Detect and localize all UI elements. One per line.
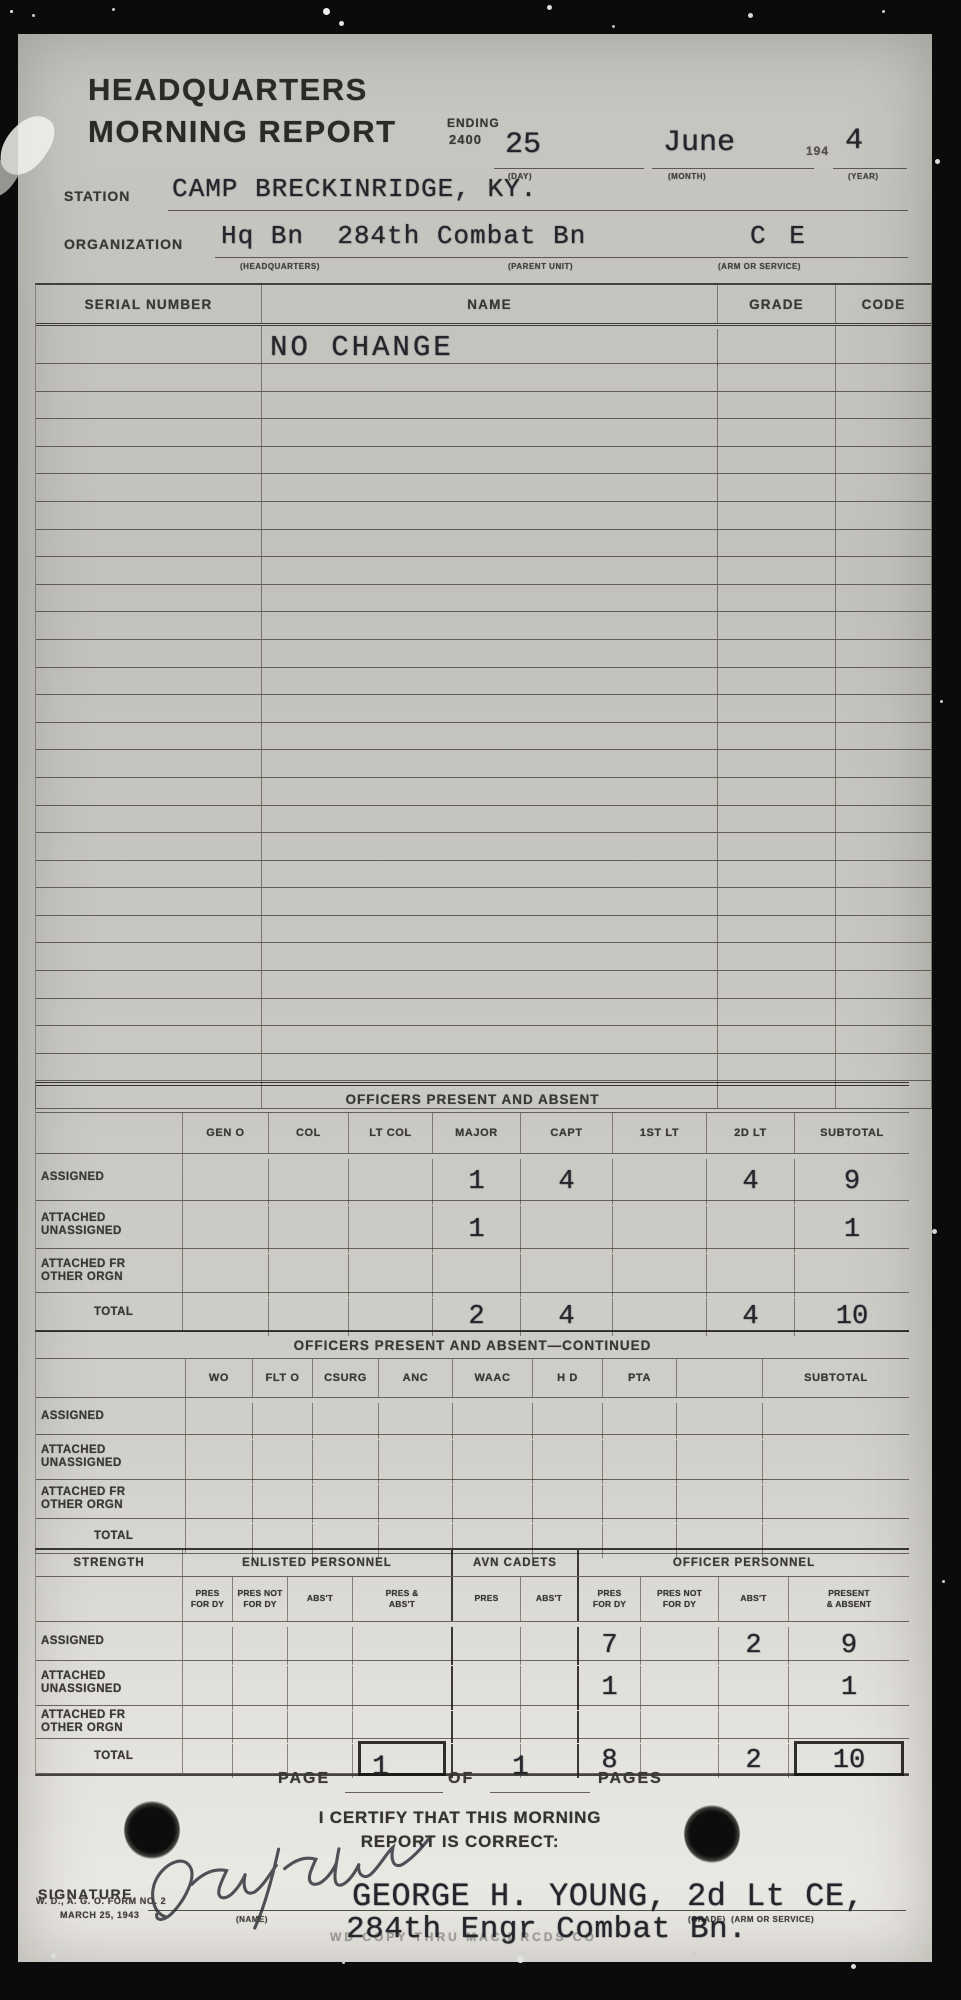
column-header-blank (36, 1359, 186, 1397)
table-row: ATTACHED UNASSIGNED (36, 1435, 909, 1480)
day-value: 25 (505, 128, 541, 162)
roster-empty-cell (262, 502, 718, 529)
year-prefix: 194 (806, 144, 829, 158)
table-value (233, 1666, 288, 1710)
table-row: TOTAL8210 (36, 1739, 909, 1774)
strength-group-row: STRENGTH ENLISTED PERSONNEL AVN CADETS O… (36, 1550, 909, 1577)
roster-empty-cell (262, 640, 718, 667)
roster-empty-cell (718, 861, 836, 888)
column-header: FLT O (253, 1359, 313, 1397)
roster-empty-cell (836, 861, 931, 888)
table-row (36, 778, 931, 806)
table-row (36, 640, 931, 668)
name-sub-label: (NAME) (236, 1915, 268, 1924)
roster-empty-cell (36, 888, 262, 915)
roster-empty-cell (836, 392, 931, 419)
table-row: WOFLT OCSURGANCWAACH DPTASUBTOTAL (36, 1359, 909, 1398)
pages-underline (490, 1792, 590, 1793)
roster-empty-cell (262, 778, 718, 805)
column-header: PRES (453, 1577, 521, 1621)
table-value (269, 1206, 349, 1253)
roster-empty-cell (718, 502, 836, 529)
table-value (379, 1403, 453, 1439)
roster-empty-cell (36, 750, 262, 777)
roster-empty-cell (36, 695, 262, 722)
officers-continued-table: OFFICERS PRESENT AND ABSENT—CONTINUED WO… (35, 1330, 909, 1554)
column-header: ANC (379, 1359, 453, 1397)
table-value (707, 1206, 795, 1253)
table-value (353, 1666, 453, 1710)
table-value (313, 1440, 379, 1484)
table-value (349, 1159, 433, 1205)
table-row (36, 723, 931, 751)
column-header: SUBTOTAL (795, 1113, 909, 1153)
roster-empty-cell (836, 971, 931, 998)
scan-speckles (10, 10, 13, 13)
table-value: 10 (789, 1744, 909, 1778)
roster-empty-cell (262, 861, 718, 888)
roster-entry-row: NO CHANGE (36, 326, 931, 364)
roster-empty-cell (36, 778, 262, 805)
table-value (269, 1254, 349, 1297)
roster-empty-cell (836, 1026, 931, 1053)
table-value (453, 1666, 521, 1710)
roster-header-name: NAME (262, 285, 718, 323)
strength-table-body: PRES FOR DYPRES NOT FOR DYABS'TPRES & AB… (36, 1577, 909, 1774)
table-value (349, 1254, 433, 1297)
table-value (379, 1485, 453, 1523)
form-title-line2: MORNING REPORT (88, 114, 397, 150)
roster-empty-cell (262, 364, 718, 391)
table-value (521, 1744, 579, 1778)
table-row (36, 833, 931, 861)
ending-label: ENDING (447, 116, 500, 130)
roster-empty-cell (718, 888, 836, 915)
table-value (183, 1666, 233, 1710)
roster-empty-rows (36, 364, 931, 1109)
roster-empty-cell (262, 585, 718, 612)
roster-empty-cell (36, 419, 262, 446)
table-value: 4 (707, 1159, 795, 1205)
column-header: PRES NOT FOR DY (233, 1577, 288, 1621)
roster-empty-cell (36, 474, 262, 501)
form-date: MARCH 25, 1943 (60, 1910, 139, 1920)
table-row (36, 502, 931, 530)
table-value (186, 1403, 253, 1439)
table-value: 1 (433, 1206, 521, 1253)
pages-value: 1 (512, 1752, 529, 1783)
table-value (288, 1711, 353, 1743)
table-value (453, 1440, 533, 1484)
roster-empty-cell (262, 1026, 718, 1053)
table-value (613, 1206, 707, 1253)
table-row (36, 916, 931, 944)
strength-table: STRENGTH ENLISTED PERSONNEL AVN CADETS O… (35, 1548, 909, 1776)
column-header (677, 1359, 763, 1397)
typed-signer-unit: 284th Engr Combat Bn. (346, 1912, 747, 1947)
table-row (36, 557, 931, 585)
roster-empty-cell (718, 1054, 836, 1081)
table-value (579, 1711, 641, 1743)
page-underline (345, 1792, 443, 1793)
table-value: 1 (795, 1206, 909, 1253)
table-value (521, 1711, 579, 1743)
roster-empty-cell (262, 750, 718, 777)
officers-table-body: GEN OCOLLT COLMAJORCAPT1ST LT2D LTSUBTOT… (36, 1113, 909, 1332)
roster-empty-cell (262, 916, 718, 943)
punch-hole-right (684, 1805, 740, 1863)
roster-empty-cell (262, 1054, 718, 1081)
month-value: June (663, 126, 735, 160)
roster-empty-cell (36, 364, 262, 391)
roster-empty-cell (718, 750, 836, 777)
table-value (183, 1627, 233, 1665)
column-header: H D (533, 1359, 603, 1397)
table-row (36, 695, 931, 723)
table-value: 4 (521, 1159, 613, 1205)
roster-empty-cell (262, 668, 718, 695)
column-header: PRES NOT FOR DY (641, 1577, 719, 1621)
group-enlisted-personnel: ENLISTED PERSONNEL (183, 1550, 453, 1576)
roster-empty-cell (36, 999, 262, 1026)
roster-empty-cell (836, 419, 931, 446)
table-value (533, 1440, 603, 1484)
table-row: ASSIGNED1449 (36, 1154, 909, 1201)
table-row (36, 447, 931, 475)
table-row: PRES FOR DYPRES NOT FOR DYABS'TPRES & AB… (36, 1577, 909, 1622)
column-header: WAAC (453, 1359, 533, 1397)
table-value: 9 (795, 1159, 909, 1205)
month-sub-label: (MONTH) (668, 172, 706, 181)
column-header: PRES FOR DY (183, 1577, 233, 1621)
roster-empty-cell (718, 364, 836, 391)
roster-empty-cell (836, 612, 931, 639)
row-label: ATTACHED FR OTHER ORGN (36, 1706, 183, 1738)
form-title-line1: HEADQUARTERS (88, 72, 368, 108)
form-number: W. D., A. G. O. FORM NO. 2 (36, 1896, 166, 1906)
table-row (36, 612, 931, 640)
table-value (313, 1485, 379, 1523)
page-label: PAGE (278, 1770, 330, 1788)
table-value (677, 1403, 763, 1439)
table-value (233, 1627, 288, 1665)
roster-empty-cell (36, 916, 262, 943)
roster-empty-cell (718, 833, 836, 860)
roster-empty-cell (262, 999, 718, 1026)
table-row (36, 888, 931, 916)
roster-empty-cell (836, 474, 931, 501)
month-underline (652, 168, 814, 169)
table-row (36, 806, 931, 834)
row-label: ATTACHED FR OTHER ORGN (36, 1249, 183, 1292)
scanned-morning-report: HEADQUARTERS MORNING REPORT ENDING 2400 … (0, 0, 961, 2000)
table-row (36, 530, 931, 558)
roster-empty-cell (36, 971, 262, 998)
roster-empty-cell (836, 723, 931, 750)
roster-empty-cell (36, 612, 262, 639)
officers-table-title: OFFICERS PRESENT AND ABSENT (36, 1086, 909, 1113)
roster-empty-cell (836, 806, 931, 833)
table-value (453, 1627, 521, 1665)
table-value (353, 1744, 453, 1778)
table-value (353, 1627, 453, 1665)
roster-entry-serial (36, 326, 262, 363)
table-value: 1 (433, 1159, 521, 1205)
roster-empty-cell (718, 806, 836, 833)
column-header: COL (269, 1113, 349, 1153)
table-value: 9 (789, 1627, 909, 1665)
year-sub-label: (YEAR) (848, 172, 879, 181)
organization-label: ORGANIZATION (64, 236, 183, 252)
table-value (288, 1627, 353, 1665)
row-label: ASSIGNED (36, 1154, 183, 1200)
roster-empty-cell (262, 447, 718, 474)
column-header: 2D LT (707, 1113, 795, 1153)
roster-empty-cell (718, 530, 836, 557)
table-row (36, 585, 931, 613)
roster-empty-cell (718, 392, 836, 419)
table-value (677, 1440, 763, 1484)
table-value (613, 1254, 707, 1297)
organization-underline (215, 257, 908, 258)
table-value (521, 1254, 613, 1297)
roster-empty-cell (836, 833, 931, 860)
table-value (521, 1206, 613, 1253)
table-value (253, 1440, 313, 1484)
roster-empty-cell (836, 778, 931, 805)
roster-empty-cell (262, 695, 718, 722)
roster-empty-cell (718, 585, 836, 612)
table-value (453, 1711, 521, 1743)
roster-empty-cell (36, 392, 262, 419)
table-value (677, 1485, 763, 1523)
table-row: ATTACHED UNASSIGNED11 (36, 1661, 909, 1706)
table-value (313, 1403, 379, 1439)
table-value (183, 1206, 269, 1253)
roster-entry-text: NO CHANGE (262, 329, 718, 366)
roster-empty-cell (718, 419, 836, 446)
roster-empty-cell (262, 557, 718, 584)
roster-empty-cell (718, 668, 836, 695)
roster-header-grade: GRADE (718, 285, 836, 323)
roster-empty-cell (36, 640, 262, 667)
roster-header-serial: SERIAL NUMBER (36, 285, 262, 323)
row-label: TOTAL (36, 1293, 183, 1331)
table-value: 2 (719, 1627, 789, 1665)
table-value (349, 1206, 433, 1253)
year-underline (833, 168, 907, 169)
roster-empty-cell (262, 943, 718, 970)
table-row (36, 943, 931, 971)
table-value (641, 1666, 719, 1710)
table-value (183, 1254, 269, 1297)
table-value (641, 1627, 719, 1665)
roster-empty-cell (262, 474, 718, 501)
roster-empty-cell (836, 364, 931, 391)
table-value (433, 1254, 521, 1297)
table-row: ASSIGNED (36, 1398, 909, 1435)
table-value (707, 1254, 795, 1297)
column-header: SUBTOTAL (763, 1359, 909, 1397)
table-value (183, 1711, 233, 1743)
table-value (253, 1485, 313, 1523)
roster-empty-cell (36, 585, 262, 612)
column-header: PRES & ABS'T (353, 1577, 453, 1621)
table-value: 2 (719, 1744, 789, 1778)
officers-continued-title: OFFICERS PRESENT AND ABSENT—CONTINUED (36, 1332, 909, 1359)
table-row (36, 861, 931, 889)
table-value (533, 1485, 603, 1523)
row-label: ATTACHED FR OTHER ORGN (36, 1480, 186, 1518)
column-header: LT COL (349, 1113, 433, 1153)
roster-empty-cell (718, 447, 836, 474)
of-label: OF (448, 1770, 474, 1788)
roster-table: SERIAL NUMBER NAME GRADE CODE NO CHANGE (35, 283, 932, 1109)
officers-table: OFFICERS PRESENT AND ABSENT GEN OCOLLT C… (35, 1082, 909, 1332)
column-header-blank (36, 1577, 183, 1621)
roster-empty-cell (36, 502, 262, 529)
table-value (453, 1485, 533, 1523)
column-header: CAPT (521, 1113, 613, 1153)
roster-empty-cell (262, 971, 718, 998)
table-row (36, 999, 931, 1027)
table-value (795, 1254, 909, 1297)
table-value (719, 1711, 789, 1743)
roster-empty-cell (262, 888, 718, 915)
table-value: 1 (579, 1666, 641, 1710)
roster-empty-cell (718, 943, 836, 970)
station-label: STATION (64, 188, 130, 204)
roster-empty-cell (836, 557, 931, 584)
column-header: WO (186, 1359, 253, 1397)
table-value (763, 1485, 909, 1523)
table-value (603, 1403, 677, 1439)
roster-empty-cell (718, 916, 836, 943)
roster-empty-cell (836, 750, 931, 777)
table-value: 1 (789, 1666, 909, 1710)
parent-unit-sub-label: (PARENT UNIT) (508, 262, 573, 271)
organization-arm-value: C E (750, 221, 809, 251)
table-value (763, 1440, 909, 1484)
table-value (253, 1403, 313, 1439)
table-value (521, 1666, 579, 1710)
roster-empty-cell (836, 888, 931, 915)
roster-empty-cell (718, 640, 836, 667)
group-avn-cadets: AVN CADETS (453, 1550, 579, 1576)
signature-underline (148, 1910, 906, 1911)
roster-empty-cell (836, 585, 931, 612)
group-officer-personnel: OFFICER PERSONNEL (579, 1550, 909, 1576)
table-row: TOTAL24410 (36, 1293, 909, 1332)
table-row: ATTACHED FR OTHER ORGN (36, 1706, 909, 1739)
table-row: ATTACHED FR OTHER ORGN (36, 1249, 909, 1293)
roster-empty-cell (262, 833, 718, 860)
table-value (288, 1666, 353, 1710)
row-label: ASSIGNED (36, 1398, 186, 1434)
officers-continued-body: WOFLT OCSURGANCWAACH DPTASUBTOTALASSIGNE… (36, 1359, 909, 1554)
column-header: PRES FOR DY (579, 1577, 641, 1621)
roster-empty-cell (718, 474, 836, 501)
roster-header-code: CODE (836, 285, 931, 323)
roster-empty-cell (718, 723, 836, 750)
table-value (183, 1744, 233, 1778)
column-header: PTA (603, 1359, 677, 1397)
roster-empty-cell (836, 530, 931, 557)
row-label: ATTACHED UNASSIGNED (36, 1435, 186, 1479)
page-value: 1 (372, 1752, 389, 1783)
roster-empty-cell (262, 612, 718, 639)
roster-empty-cell (262, 530, 718, 557)
roster-empty-cell (836, 447, 931, 474)
station-underline (168, 210, 908, 211)
table-value (186, 1485, 253, 1523)
table-row (36, 1026, 931, 1054)
table-value (379, 1440, 453, 1484)
table-row: ATTACHED FR OTHER ORGN (36, 1480, 909, 1519)
table-value (603, 1440, 677, 1484)
roster-empty-cell (36, 723, 262, 750)
column-header: PRESENT & ABSENT (789, 1577, 909, 1621)
table-row (36, 392, 931, 420)
column-header: ABS'T (521, 1577, 579, 1621)
roster-empty-cell (836, 640, 931, 667)
ending-time: 2400 (449, 132, 482, 147)
roster-empty-cell (718, 1026, 836, 1053)
table-row (36, 1054, 931, 1082)
table-value (353, 1711, 453, 1743)
roster-empty-cell (36, 861, 262, 888)
roster-empty-cell (36, 668, 262, 695)
table-value (613, 1159, 707, 1205)
table-value (789, 1711, 909, 1743)
row-label: ASSIGNED (36, 1622, 183, 1660)
table-value (453, 1403, 533, 1439)
table-row (36, 668, 931, 696)
column-header: GEN O (183, 1113, 269, 1153)
column-header: 1ST LT (613, 1113, 707, 1153)
certification-line1: I CERTIFY THAT THIS MORNING (210, 1806, 710, 1830)
table-value (233, 1711, 288, 1743)
roster-empty-cell (718, 612, 836, 639)
roster-empty-cell (36, 943, 262, 970)
organization-unit-value: Hq Bn 284th Combat Bn (221, 221, 586, 251)
column-header: ABS'T (288, 1577, 353, 1621)
roster-empty-cell (718, 557, 836, 584)
column-header: MAJOR (433, 1113, 521, 1153)
roster-empty-cell (718, 778, 836, 805)
row-label: TOTAL (36, 1739, 183, 1773)
row-label: ATTACHED UNASSIGNED (36, 1201, 183, 1248)
table-value (183, 1159, 269, 1205)
table-row: GEN OCOLLT COLMAJORCAPT1ST LT2D LTSUBTOT… (36, 1113, 909, 1154)
table-value (719, 1666, 789, 1710)
roster-empty-cell (836, 695, 931, 722)
roster-header-row: SERIAL NUMBER NAME GRADE CODE (36, 285, 931, 326)
strength-corner-label: STRENGTH (36, 1550, 183, 1576)
table-row (36, 971, 931, 999)
table-row (36, 419, 931, 447)
table-row: ATTACHED UNASSIGNED11 (36, 1201, 909, 1249)
roster-empty-cell (36, 1026, 262, 1053)
headquarters-sub-label: (HEADQUARTERS) (240, 262, 320, 271)
roster-empty-cell (718, 999, 836, 1026)
column-header: CSURG (313, 1359, 379, 1397)
table-row (36, 364, 931, 392)
roster-empty-cell (36, 530, 262, 557)
table-row: ASSIGNED729 (36, 1622, 909, 1661)
table-value (641, 1711, 719, 1743)
table-value (763, 1403, 909, 1439)
